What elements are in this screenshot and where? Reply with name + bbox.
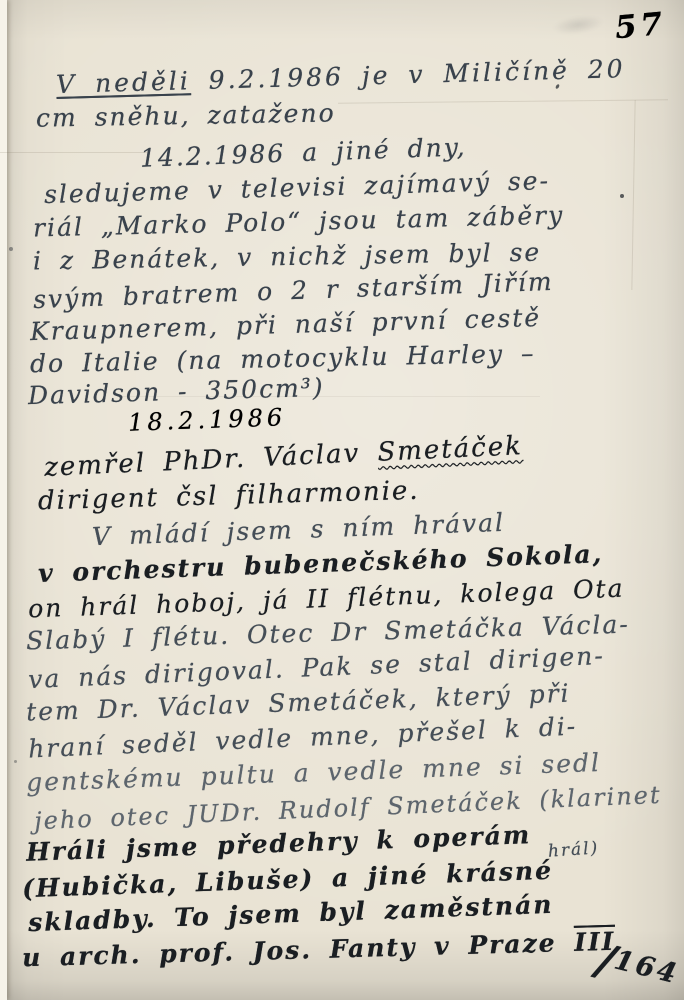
page-number: 57 [613, 6, 667, 46]
handwriting-line: V neděli 9.2.1986 je v Miličíně 20 [56, 54, 626, 99]
footer-number: 164 [611, 945, 682, 991]
entry-date: 18.2.1986 [128, 403, 287, 437]
ink-speck [620, 194, 624, 198]
handwriting-line: dirigent čsl filharmonie. [38, 476, 420, 517]
diary-page: 57 V neděli 9.2.1986 je v Miličíně 20 cm… [0, 0, 684, 1000]
line-text: zemřel PhDr. Václav [44, 438, 379, 483]
handwriting-line: 14.2.1986 a jiné dny, [140, 132, 467, 172]
line-text: 9.2.1986 je v Miličíně 20 [190, 54, 626, 95]
ink-speck [14, 760, 17, 763]
pencil-smudge [551, 12, 605, 37]
date-underlined: V neděli [56, 66, 191, 99]
name-wavy-underlined: Smetáček [377, 431, 524, 468]
handwriting-line: do Italie (na motocyklu Harley – [30, 339, 536, 379]
line-text: u arch. prof. Jos. Fanty v Praze [22, 928, 575, 972]
handwriting-line: cm sněhu, zataženo [36, 98, 336, 132]
paper-seam [338, 99, 668, 103]
ink-speck [9, 247, 13, 251]
paper-edge [0, 0, 7, 1000]
paper-seam [631, 100, 635, 290]
interline-note: hrál) [547, 838, 600, 862]
paper-seam [0, 152, 150, 153]
handwriting-line: zemřel PhDr. Václav Smetáček [44, 431, 524, 483]
